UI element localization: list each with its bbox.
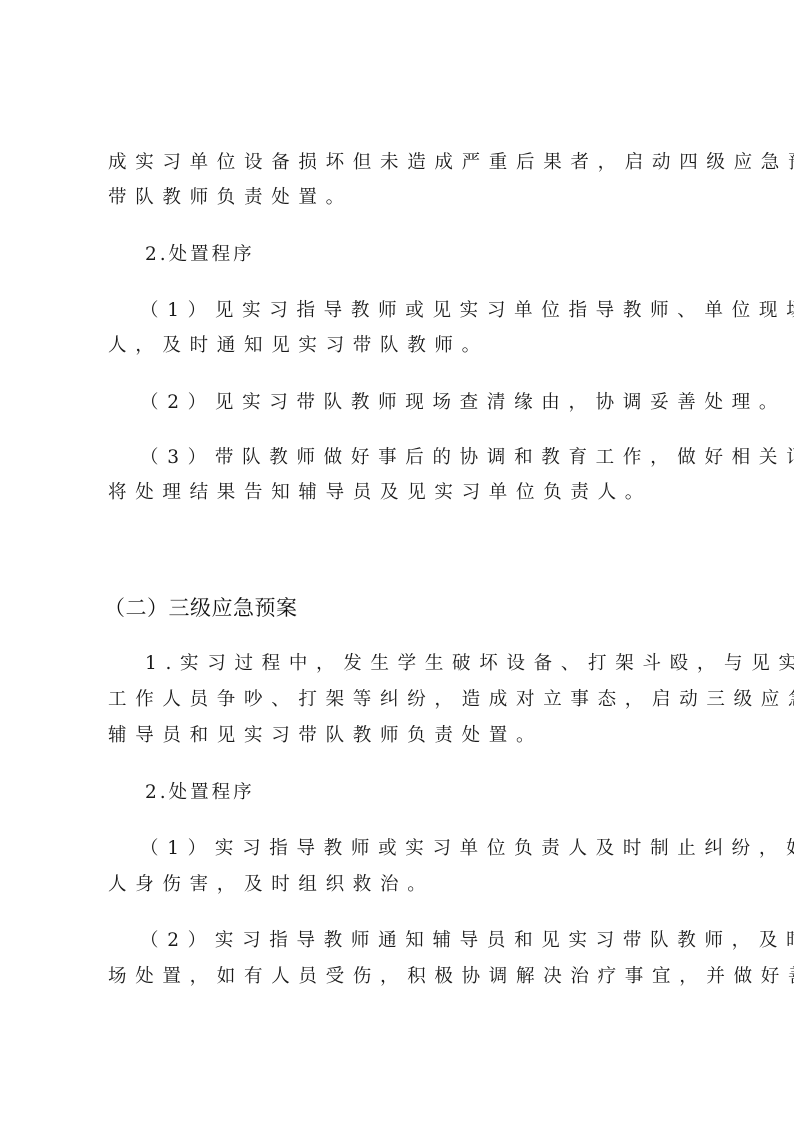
paragraph-line: 1.实习过程中，发生学生破坏设备、打架斗殴，与见实习单位 — [145, 653, 725, 675]
paragraph-line: 工作人员争吵、打架等纠纷，造成对立事态，启动三级应急预案。 — [108, 689, 688, 711]
step-line: 人身伤害，及时组织救治。 — [108, 874, 688, 896]
document-page: 成实习单位设备损坏但未造成严重后果者，启动四级应急预案。 带队教师负责处置。 2… — [0, 0, 794, 1123]
paragraph-line: 带队教师负责处置。 — [108, 187, 688, 209]
step-line: （2）实习指导教师通知辅导员和见实习带队教师，及时到现 — [140, 930, 720, 952]
step-line: （2）见实习带队教师现场查清缘由，协调妥善处理。 — [140, 392, 720, 414]
step-line: 场处置，如有人员受伤，积极协调解决治疗事宜，并做好善后工 — [108, 966, 688, 988]
procedure-title: 2.处置程序 — [145, 244, 725, 266]
step-line: （1）见实习指导教师或见实习单位指导教师、单位现场负责 — [140, 300, 720, 322]
paragraph-line: 成实习单位设备损坏但未造成严重后果者，启动四级应急预案。 — [108, 152, 688, 174]
section-heading: （二）三级应急预案 — [104, 595, 298, 621]
step-line: （3）带队教师做好事后的协调和教育工作，做好相关记录， — [140, 447, 720, 469]
step-line: 人，及时通知见实习带队教师。 — [108, 335, 688, 357]
step-line: 将处理结果告知辅导员及见实习单位负责人。 — [108, 482, 688, 504]
paragraph-line: 辅导员和见实习带队教师负责处置。 — [108, 725, 688, 747]
step-line: （1）实习指导教师或实习单位负责人及时制止纠纷，如发生 — [140, 838, 720, 860]
procedure-title: 2.处置程序 — [145, 782, 725, 804]
